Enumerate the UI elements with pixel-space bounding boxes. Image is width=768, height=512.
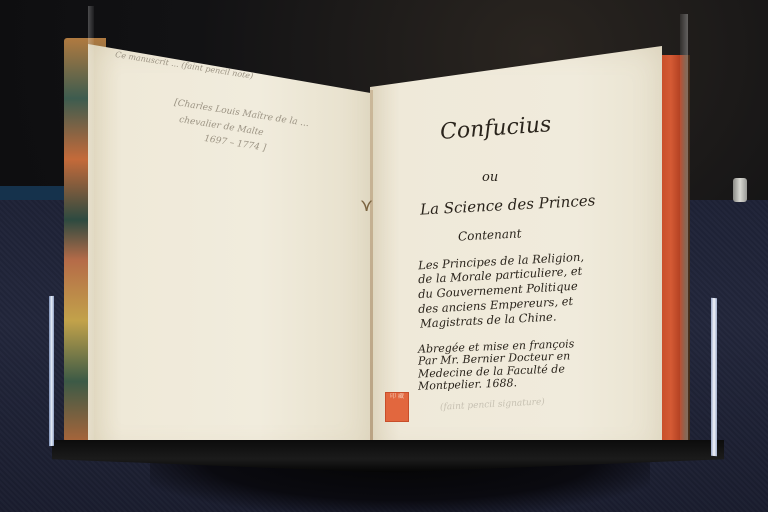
display-pillar xyxy=(733,178,747,202)
right-page xyxy=(370,46,662,456)
red-seal-stamp: 印 藏 xyxy=(385,392,409,422)
left-page xyxy=(88,44,372,454)
photo-scene: ⋎ Ce manuscrit ... (faint pencil note) [… xyxy=(0,0,768,512)
acrylic-stand-edge-left xyxy=(49,296,54,446)
acrylic-stand-back-right xyxy=(680,14,688,444)
gutter-mark: ⋎ xyxy=(360,195,373,216)
acrylic-stand-back-left xyxy=(88,6,94,441)
acrylic-stand-edge-right xyxy=(711,298,717,456)
book-gutter xyxy=(370,90,373,452)
manuscript-conjunction: ou xyxy=(482,170,498,185)
